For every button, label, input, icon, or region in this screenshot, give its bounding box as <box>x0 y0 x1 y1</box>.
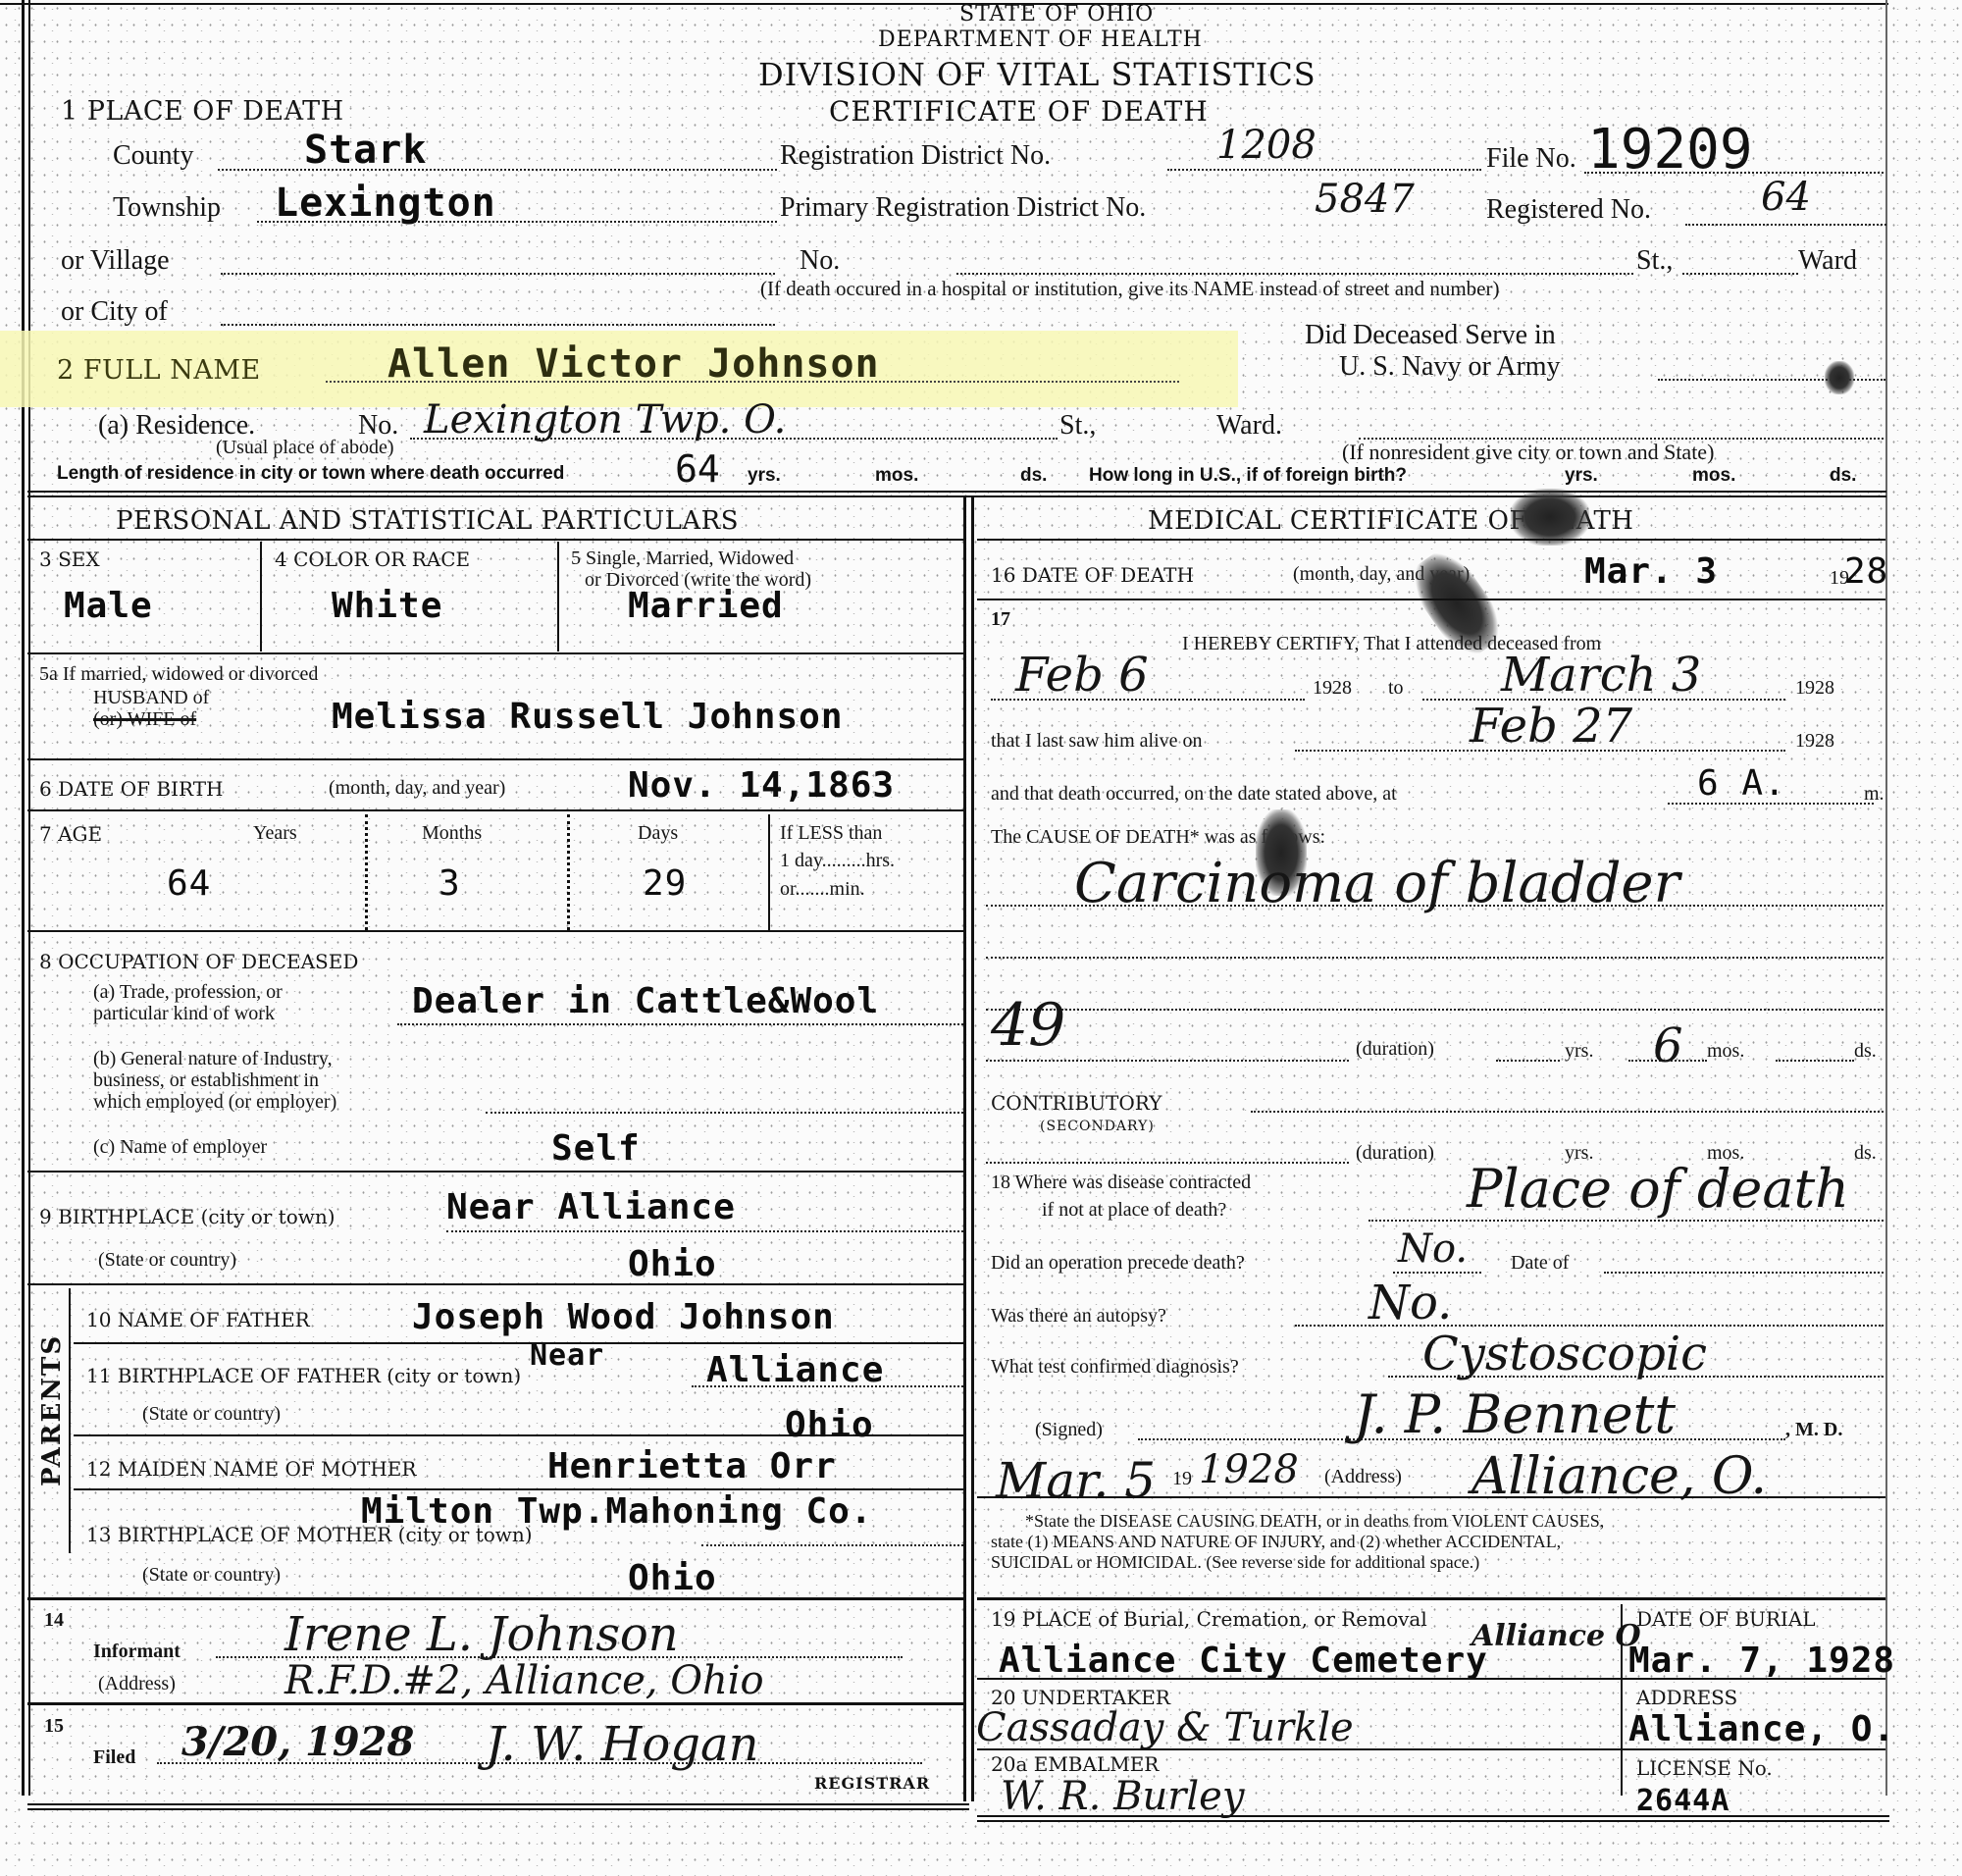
residence-st-label: St., <box>1059 410 1096 442</box>
duration-mos-value: 6 <box>1653 1018 1683 1073</box>
num-17: 17 <box>991 608 1010 631</box>
informant-address-label: (Address) <box>98 1673 176 1695</box>
informant-num: 14 <box>44 1609 64 1632</box>
length-yrs-label: yrs. <box>748 465 781 487</box>
military-question-1: Did Deceased Serve in <box>1305 320 1556 351</box>
age-years-label: Years <box>253 822 297 845</box>
header-title: CERTIFICATE OF DEATH <box>829 95 1209 128</box>
row-divider <box>977 539 1885 541</box>
usual-abode-note: (Usual place of abode) <box>216 437 394 459</box>
col-divider <box>365 814 368 930</box>
trade-label-2: particular kind of work <box>93 1003 275 1025</box>
row-divider <box>977 599 1885 600</box>
row-divider <box>977 1748 1885 1750</box>
age-days-value: 29 <box>643 863 687 904</box>
township-label: Township <box>113 192 221 224</box>
less-than-label-1: If LESS than <box>780 822 882 845</box>
township-value: Lexington <box>275 181 496 226</box>
duration-mos-label: mos. <box>1707 1040 1744 1063</box>
registrar-signature: J. W. Hogan <box>486 1717 759 1772</box>
cause-line-2 <box>986 957 1884 959</box>
row-divider <box>74 1488 963 1490</box>
less-than-label-3: or.......min. <box>780 878 865 901</box>
employer-label: (c) Name of employer <box>93 1136 267 1159</box>
father-birthplace-prefix: Near <box>530 1338 604 1373</box>
st-label: St., <box>1636 245 1673 277</box>
sex-value: Male <box>64 586 153 626</box>
bottom-border <box>977 1815 1889 1817</box>
time-label: and that death occurred, on the date sta… <box>991 783 1397 806</box>
header-division: DIVISION OF VITAL STATISTICS <box>758 56 1317 93</box>
center-divider <box>963 496 966 1801</box>
footnote-3: SUICIDAL or HOMICIDAL. (See reverse side… <box>991 1552 1479 1573</box>
place-of-death-label: 1 PLACE OF DEATH <box>61 96 344 127</box>
row-divider <box>27 1283 963 1285</box>
employer-value: Self <box>551 1128 641 1169</box>
left-border <box>22 0 25 1796</box>
md-label: , M. D. <box>1785 1419 1842 1441</box>
city-line <box>221 324 775 326</box>
ward-line <box>1682 273 1798 275</box>
dob-value: Nov. 14,1863 <box>628 765 895 806</box>
parents-side-label: PARENTS <box>37 1334 67 1486</box>
residence-ward-label: Ward. <box>1216 410 1282 442</box>
county-value: Stark <box>304 128 427 173</box>
left-border-inner <box>28 0 30 1796</box>
col-divider <box>557 542 559 651</box>
primary-district-label: Primary Registration District No. <box>780 192 1146 224</box>
trade-label-1: (a) Trade, profession, or <box>93 981 283 1004</box>
foreign-birth-label: How long in U.S., if of foreign birth? <box>1089 465 1407 487</box>
spouse-label-1: 5a If married, widowed or divorced <box>39 663 318 686</box>
contributory-line <box>1251 1111 1884 1113</box>
burial-place-annotation: Alliance O <box>1471 1619 1641 1653</box>
mother-birthplace-label: 13 BIRTHPLACE OF MOTHER (city or town) <box>86 1523 533 1546</box>
embalmer-label: 20a EMBALMER <box>991 1752 1159 1776</box>
hospital-note: (If death occured in a hospital or insti… <box>760 277 1499 301</box>
foreign-mos-label: mos. <box>1692 465 1735 487</box>
foreign-ds-label: ds. <box>1830 465 1856 487</box>
spouse-label-3: (or) WIFE of <box>93 708 196 731</box>
foreign-yrs-label: yrs. <box>1565 465 1598 487</box>
row-divider <box>977 1597 1885 1600</box>
undertaker-value: Cassaday & Turkle <box>976 1705 1354 1750</box>
dod-year: 28 <box>1844 551 1888 592</box>
birthplace-state-label: (State or country) <box>98 1249 236 1272</box>
license-label: LICENSE No. <box>1636 1756 1773 1780</box>
filed-num: 15 <box>44 1715 64 1738</box>
length-mos-label: mos. <box>875 465 918 487</box>
time-value: 6 A. <box>1697 763 1786 804</box>
registration-district-line <box>1167 169 1481 171</box>
row-divider <box>27 758 963 760</box>
cause-value: Carcinoma of bladder <box>1074 852 1679 915</box>
city-label: or City of <box>61 296 168 328</box>
top-border <box>0 3 1888 5</box>
age-days-label: Days <box>638 822 678 845</box>
secondary-duration-label: (duration) <box>1356 1142 1434 1165</box>
informant-label: Informant <box>93 1641 181 1663</box>
mother-birthplace-line <box>701 1544 963 1546</box>
father-state-label: (State or country) <box>142 1403 281 1426</box>
ink-blot <box>1825 361 1854 394</box>
duration-label: (duration) <box>1356 1038 1434 1061</box>
primary-district-value: 5847 <box>1315 177 1415 222</box>
informant-name: Irene L. Johnson <box>284 1607 679 1662</box>
father-state-value: Ohio <box>785 1405 874 1445</box>
birthplace-label: 9 BIRTHPLACE (city or town) <box>39 1205 336 1228</box>
parents-divider <box>69 1288 71 1553</box>
residence-value: Lexington Twp. O. <box>424 397 786 443</box>
race-label: 4 COLOR OR RACE <box>275 547 470 571</box>
industry-line <box>486 1112 963 1114</box>
father-birthplace-label: 11 BIRTHPLACE OF FATHER (city or town) <box>86 1364 521 1387</box>
col-divider <box>567 814 570 930</box>
length-ds-label: ds. <box>1020 465 1047 487</box>
no-label: No. <box>800 245 840 277</box>
physician-signature: J. P. Bennett <box>1354 1383 1676 1445</box>
mother-label: 12 MAIDEN NAME OF MOTHER <box>86 1457 416 1481</box>
signed-date: Mar. 5 <box>996 1452 1156 1509</box>
length-of-residence-years: 64 <box>675 447 720 491</box>
birthplace-state: Ohio <box>628 1244 717 1284</box>
col-divider <box>768 814 770 930</box>
birthplace-city: Near Alliance <box>446 1187 736 1227</box>
attended-from: Feb 6 <box>1015 648 1149 703</box>
duration-ds-label: ds. <box>1854 1040 1877 1063</box>
row-divider <box>977 1678 1885 1680</box>
street-line <box>956 273 1633 275</box>
father-value: Joseph Wood Johnson <box>412 1297 835 1337</box>
village-line <box>221 273 775 275</box>
marital-label-1: 5 Single, Married, Widowed <box>571 547 794 570</box>
race-value: White <box>332 586 442 626</box>
spouse-label-2: HUSBAND of <box>93 687 209 709</box>
ink-smudge <box>1511 489 1589 546</box>
time-suffix: m. <box>1864 783 1885 806</box>
death-certificate: STATE OF OHIO DEPARTMENT OF HEALTH DIVIS… <box>0 0 1962 1876</box>
operation-label: Did an operation precede death? <box>991 1252 1245 1275</box>
dob-label: 6 DATE OF BIRTH <box>39 777 223 801</box>
birthplace-line <box>446 1230 963 1232</box>
dod-label: 16 DATE OF DEATH <box>991 563 1194 587</box>
village-label: or Village <box>61 245 170 277</box>
mother-state-label: (State or country) <box>142 1564 281 1587</box>
file-no-value: 19209 <box>1587 118 1753 182</box>
row-divider <box>27 1702 963 1705</box>
row-divider <box>977 1496 1885 1498</box>
row-divider <box>27 539 963 541</box>
row-divider <box>27 1597 963 1600</box>
header-department: DEPARTMENT OF HEALTH <box>878 27 1203 52</box>
signed-year: 1928 <box>1199 1447 1299 1492</box>
test-answer: Cystoscopic <box>1422 1327 1707 1381</box>
undertaker-address-label: ADDRESS <box>1636 1686 1737 1709</box>
q18-label-2: if not at place of death? <box>1042 1199 1226 1222</box>
autopsy-answer: No. <box>1368 1276 1452 1330</box>
row-divider <box>74 1434 963 1436</box>
col-divider <box>1621 1604 1623 1796</box>
less-than-label-2: 1 day.........hrs. <box>780 850 895 872</box>
filed-label: Filed <box>93 1746 135 1769</box>
autopsy-label: Was there an autopsy? <box>991 1305 1166 1328</box>
age-label: 7 AGE <box>39 822 102 846</box>
operation-line <box>1393 1272 1481 1274</box>
contributory-label: CONTRIBUTORY <box>991 1091 1162 1115</box>
operation-date-line <box>1604 1272 1884 1274</box>
license-value: 2644A <box>1636 1784 1730 1818</box>
right-border <box>1885 0 1887 1796</box>
last-saw-date: Feb 27 <box>1470 699 1632 754</box>
footnote-2: state (1) MEANS AND NATURE OF INJURY, an… <box>991 1532 1561 1552</box>
county-label: County <box>113 140 193 172</box>
registration-district-label: Registration District No. <box>780 140 1051 172</box>
cause-line-3 <box>986 1009 1884 1011</box>
last-saw-year: 1928 <box>1795 730 1834 753</box>
registered-no-label: Registered No. <box>1486 194 1651 226</box>
county-line <box>218 169 777 171</box>
signed-label: (Signed) <box>1035 1419 1103 1441</box>
nonresident-note: (If nonresident give city or town and St… <box>1342 440 1714 465</box>
bottom-border <box>27 1803 969 1805</box>
duration-line <box>986 1060 1349 1062</box>
signed-year-prefix: 19 <box>1172 1468 1192 1490</box>
filed-date: 3/20, 1928 <box>181 1719 414 1765</box>
registered-no-line <box>1685 224 1886 226</box>
q18-answer: Place of death <box>1467 1158 1849 1220</box>
side-mark: 49 <box>991 991 1065 1060</box>
informant-address: R.F.D.#2, Alliance, Ohio <box>284 1658 764 1703</box>
mother-value: Henrietta Orr <box>547 1446 837 1486</box>
industry-label-3: which employed (or employer) <box>93 1091 336 1114</box>
age-years-value: 64 <box>167 863 211 904</box>
row-divider <box>27 809 963 811</box>
trade-line <box>397 1023 963 1025</box>
row-divider <box>74 1342 963 1344</box>
address-label: (Address) <box>1324 1466 1402 1488</box>
col-divider <box>260 542 262 651</box>
father-label: 10 NAME OF FATHER <box>86 1308 310 1331</box>
to-label: to <box>1388 677 1404 700</box>
secondary-ds-label: ds. <box>1854 1142 1877 1165</box>
dod-month-day: Mar. 3 <box>1584 551 1718 592</box>
row-divider <box>27 930 963 932</box>
secondary-duration-line <box>986 1162 1349 1164</box>
secondary-label: (SECONDARY) <box>1040 1119 1155 1134</box>
q18-line <box>1368 1220 1884 1222</box>
dob-hint: (month, day, and year) <box>329 777 505 800</box>
mother-state-value: Ohio <box>628 1558 717 1598</box>
last-saw-label: that I last saw him alive on <box>991 730 1203 753</box>
section-divider <box>27 491 1886 493</box>
embalmer-value: W. R. Burley <box>1001 1774 1244 1819</box>
duration-yrs-line <box>1496 1060 1560 1062</box>
full-name-label: 2 FULL NAME <box>57 355 261 386</box>
from-year: 1928 <box>1313 677 1352 700</box>
test-label: What test confirmed diagnosis? <box>991 1356 1239 1379</box>
undertaker-address: Alliance, O. <box>1628 1709 1895 1749</box>
registration-district-value: 1208 <box>1216 123 1317 168</box>
row-divider <box>27 1171 963 1172</box>
marital-value: Married <box>628 586 784 626</box>
file-no-label: File No. <box>1486 143 1576 175</box>
operation-answer: No. <box>1398 1226 1468 1272</box>
duration-yrs-label: yrs. <box>1565 1040 1593 1063</box>
q18-label-1: 18 Where was disease contracted <box>991 1172 1251 1194</box>
military-question-2: U. S. Navy or Army <box>1339 351 1561 383</box>
personal-section-title: PERSONAL AND STATISTICAL PARTICULARS <box>116 506 739 536</box>
burial-date-label: DATE OF BURIAL <box>1636 1607 1816 1631</box>
attended-to: March 3 <box>1501 648 1701 703</box>
burial-place: Alliance City Cemetery <box>999 1641 1488 1681</box>
sex-label: 3 SEX <box>39 547 100 571</box>
date-of-label: Date of <box>1511 1252 1569 1275</box>
age-months-value: 3 <box>439 863 461 904</box>
to-year: 1928 <box>1795 677 1834 700</box>
full-name-value: Allen Victor Johnson <box>387 341 880 387</box>
spouse-value: Melissa Russell Johnson <box>332 697 844 737</box>
center-divider-inner <box>971 496 974 1801</box>
age-months-label: Months <box>422 822 482 845</box>
header-state: STATE OF OHIO <box>959 2 1154 26</box>
industry-label-1: (b) General nature of Industry, <box>93 1048 333 1070</box>
duration-ds-line <box>1776 1060 1854 1062</box>
footnote-1: *State the DISEASE CAUSING DEATH, or in … <box>1025 1511 1604 1532</box>
trade-value: Dealer in Cattle&Wool <box>412 981 879 1021</box>
length-of-residence-label: Length of residence in city or town wher… <box>57 463 564 485</box>
burial-date: Mar. 7, 1928 <box>1628 1641 1895 1681</box>
father-birthplace-value: Alliance <box>706 1350 884 1390</box>
row-divider <box>27 652 963 654</box>
industry-label-2: business, or establishment in <box>93 1069 319 1092</box>
ward-label: Ward <box>1798 245 1857 277</box>
registered-no-value: 64 <box>1761 175 1811 220</box>
burial-place-label: 19 PLACE of Burial, Cremation, or Remova… <box>991 1607 1427 1631</box>
occupation-label: 8 OCCUPATION OF DECEASED <box>39 950 358 973</box>
registrar-label: REGISTRAR <box>814 1774 930 1793</box>
